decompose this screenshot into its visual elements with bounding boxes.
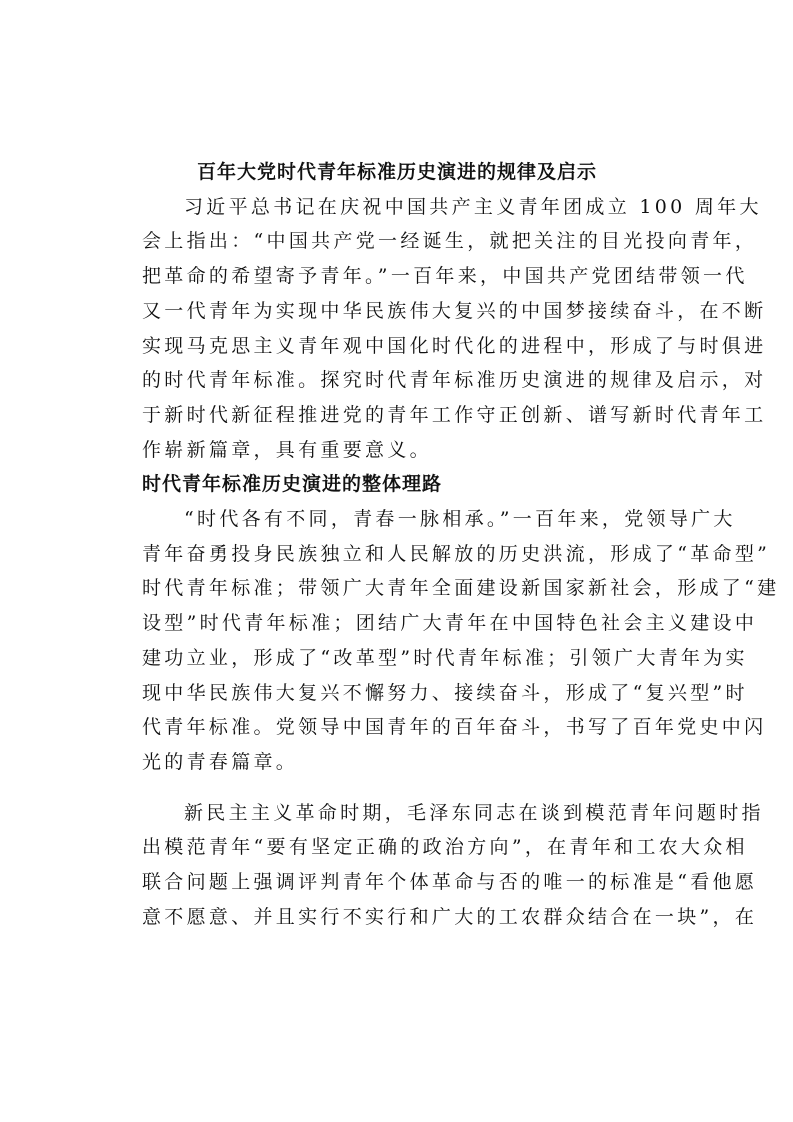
text-line: 出模范青年“要有坚定正确的政治方向”，在青年和工农大众相 — [100, 830, 690, 865]
text-line: 习近平总书记在庆祝中国共产主义青年团成立 100 周年大 — [100, 190, 690, 225]
paragraph-intro: 习近平总书记在庆祝中国共产主义青年团成立 100 周年大 会上指出：“中国共产党… — [100, 190, 690, 468]
section-heading: 时代青年标准历史演进的整体理路 — [100, 467, 690, 502]
text-line: 时代青年标准；带领广大青年全面建设新国家新社会，形成了“建 — [100, 571, 690, 606]
text-line: 设型”时代青年标准；团结广大青年在中国特色社会主义建设中 — [100, 606, 690, 641]
text-line: 作崭新篇章，具有重要意义。 — [100, 433, 690, 468]
text-line: 青年奋勇投身民族独立和人民解放的历史洪流，形成了“革命型” — [100, 537, 690, 572]
text-line: 又一代青年为实现中华民族伟大复兴的中国梦接续奋斗，在不断 — [100, 294, 690, 329]
text-line: 现中华民族伟大复兴不懈努力、接续奋斗，形成了“复兴型”时 — [100, 676, 690, 711]
text-line: 建功立业，形成了“改革型”时代青年标准；引领广大青年为实 — [100, 641, 690, 676]
paragraph-new-democratic-revolution: 新民主主义革命时期，毛泽东同志在谈到模范青年问题时指 出模范青年“要有坚定正确的… — [100, 796, 690, 935]
text-line: “时代各有不同，青春一脉相承。”一百年来，党领导广大 — [100, 502, 690, 537]
document-title: 百年大党时代青年标准历史演进的规律及启示 — [100, 155, 690, 190]
paragraph-overview: “时代各有不同，青春一脉相承。”一百年来，党领导广大 青年奋勇投身民族独立和人民… — [100, 502, 690, 780]
document-page: 百年大党时代青年标准历史演进的规律及启示 习近平总书记在庆祝中国共产主义青年团成… — [100, 155, 690, 934]
text-line: 意不愿意、并且实行不实行和广大的工农群众结合在一块”，在 — [100, 900, 690, 935]
text-line: 把革命的希望寄予青年。”一百年来，中国共产党团结带领一代 — [100, 259, 690, 294]
text-line: 联合问题上强调评判青年个体革命与否的唯一的标准是“看他愿 — [100, 865, 690, 900]
text-line: 会上指出：“中国共产党一经诞生，就把关注的目光投向青年， — [100, 224, 690, 259]
text-line: 实现马克思主义青年观中国化时代化的进程中，形成了与时俱进 — [100, 329, 690, 364]
text-line: 于新时代新征程推进党的青年工作守正创新、谱写新时代青年工 — [100, 398, 690, 433]
text-line: 代青年标准。党领导中国青年的百年奋斗，书写了百年党史中闪 — [100, 710, 690, 745]
text-line: 新民主主义革命时期，毛泽东同志在谈到模范青年问题时指 — [100, 796, 690, 831]
text-line: 光的青春篇章。 — [100, 745, 690, 780]
text-line: 的时代青年标准。探究时代青年标准历史演进的规律及启示，对 — [100, 363, 690, 398]
